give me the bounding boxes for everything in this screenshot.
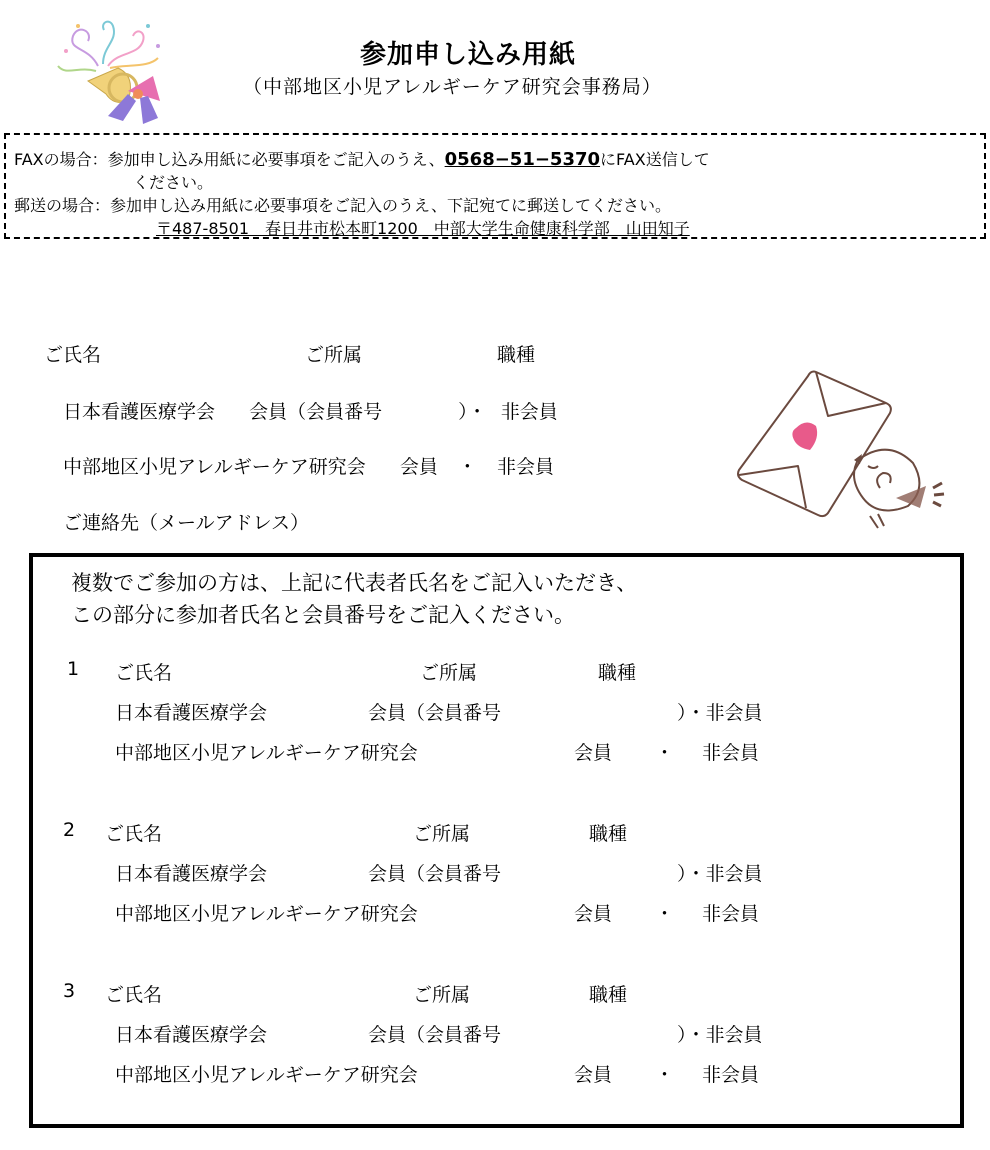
participant-affiliation-label: ご所属	[413, 980, 470, 1007]
chubu-separator: ・	[458, 456, 477, 478]
participant-affiliation-label: ご所属	[413, 819, 470, 846]
participant-chubu-nonmember: 非会員	[702, 899, 759, 926]
participant-number: 1	[67, 658, 79, 680]
fax-text-after: にFAX送信して	[600, 150, 710, 169]
participant-chubu-org: 中部地区小児アレルギーケア研究会	[115, 899, 418, 926]
page-title: 参加申し込み用紙	[360, 34, 576, 71]
jans-close: ）・	[458, 401, 487, 423]
rep-affiliation-label: ご所属	[305, 340, 362, 367]
mailing-address: 〒487-8501 春日井市松本町1200 中部大学生命健康科学部 山田知子	[156, 216, 690, 239]
participant-chubu-nonmember: 非会員	[702, 1060, 759, 1087]
rep-name-label: ご氏名	[44, 340, 101, 367]
fax-instruction-cont: ください。	[133, 170, 213, 193]
fax-instruction: FAXの場合：参加申し込み用紙に必要事項をご記入のうえ、0568−51−5370…	[14, 147, 710, 170]
participant-jans-member: 会員（会員番号	[368, 1020, 501, 1047]
participant-chubu-member: 会員	[574, 738, 612, 765]
rep-chubu-row: 中部地区小児アレルギーケア研究会 会員 ・ 非会員	[63, 452, 554, 479]
group-intro-line-2: この部分に参加者氏名と会員番号をご記入ください。	[71, 599, 575, 629]
submission-instructions-box: FAXの場合：参加申し込み用紙に必要事項をご記入のうえ、0568−51−5370…	[4, 133, 986, 239]
chubu-member-option: 会員	[400, 456, 438, 478]
rep-occupation-label: 職種	[497, 340, 535, 367]
page-subtitle: （中部地区小児アレルギーケア研究会事務局）	[243, 72, 662, 99]
participant-chubu-separator: ・	[655, 738, 674, 765]
participant-occupation-label: 職種	[589, 819, 627, 846]
jans-member-option: 会員（会員番号	[249, 401, 382, 423]
participant-chubu-org: 中部地区小児アレルギーケア研究会	[115, 1060, 418, 1087]
participant-name-label: ご氏名	[115, 658, 172, 685]
participant-name-label: ご氏名	[105, 819, 162, 846]
fax-text: 参加申し込み用紙に必要事項をご記入のうえ、	[108, 150, 445, 169]
participant-jans-org: 日本看護医療学会	[115, 698, 267, 725]
group-participants-box: 複数でご参加の方は、上記に代表者氏名をご記入いただき、 この部分に参加者氏名と会…	[29, 553, 964, 1128]
participant-jans-member: 会員（会員番号	[368, 859, 501, 886]
jans-nonmember-option: 非会員	[501, 401, 558, 423]
mail-label: 郵送の場合：	[14, 196, 110, 215]
chubu-nonmember-option: 非会員	[497, 456, 554, 478]
participant-chubu-separator: ・	[655, 899, 674, 926]
fax-label: FAXの場合：	[14, 150, 108, 169]
mail-text: 参加申し込み用紙に必要事項をご記入のうえ、下記宛てに郵送してください。	[110, 196, 671, 215]
rep-contact-label: ご連絡先（メールアドレス）	[63, 508, 309, 535]
participant-jans-nonmember: ）・非会員	[677, 859, 763, 886]
participant-chubu-org: 中部地区小児アレルギーケア研究会	[115, 738, 418, 765]
rep-jans-row: 日本看護医療学会 会員（会員番号 ）・ 非会員	[63, 397, 558, 424]
participant-occupation-label: 職種	[598, 658, 636, 685]
participant-chubu-separator: ・	[655, 1060, 674, 1087]
mail-instruction: 郵送の場合：参加申し込み用紙に必要事項をご記入のうえ、下記宛てに郵送してください…	[14, 193, 671, 216]
participant-chubu-nonmember: 非会員	[702, 738, 759, 765]
envelope-bird-illustration-icon	[728, 348, 948, 533]
participant-name-label: ご氏名	[105, 980, 162, 1007]
participant-jans-member: 会員（会員番号	[368, 698, 501, 725]
participant-jans-org: 日本看護医療学会	[115, 859, 267, 886]
jans-org-name: 日本看護医療学会	[63, 401, 215, 423]
chubu-org-name: 中部地区小児アレルギーケア研究会	[63, 456, 366, 478]
participant-number: 3	[63, 980, 75, 1002]
participant-chubu-member: 会員	[574, 1060, 612, 1087]
participant-jans-nonmember: ）・非会員	[677, 698, 763, 725]
participant-number: 2	[63, 819, 75, 841]
fax-number: 0568−51−5370	[445, 149, 600, 170]
horn-illustration-icon	[48, 6, 178, 126]
participant-occupation-label: 職種	[589, 980, 627, 1007]
participant-chubu-member: 会員	[574, 899, 612, 926]
participant-affiliation-label: ご所属	[420, 658, 477, 685]
participant-jans-nonmember: ）・非会員	[677, 1020, 763, 1047]
participant-jans-org: 日本看護医療学会	[115, 1020, 267, 1047]
group-intro-line-1: 複数でご参加の方は、上記に代表者氏名をご記入いただき、	[71, 567, 637, 597]
